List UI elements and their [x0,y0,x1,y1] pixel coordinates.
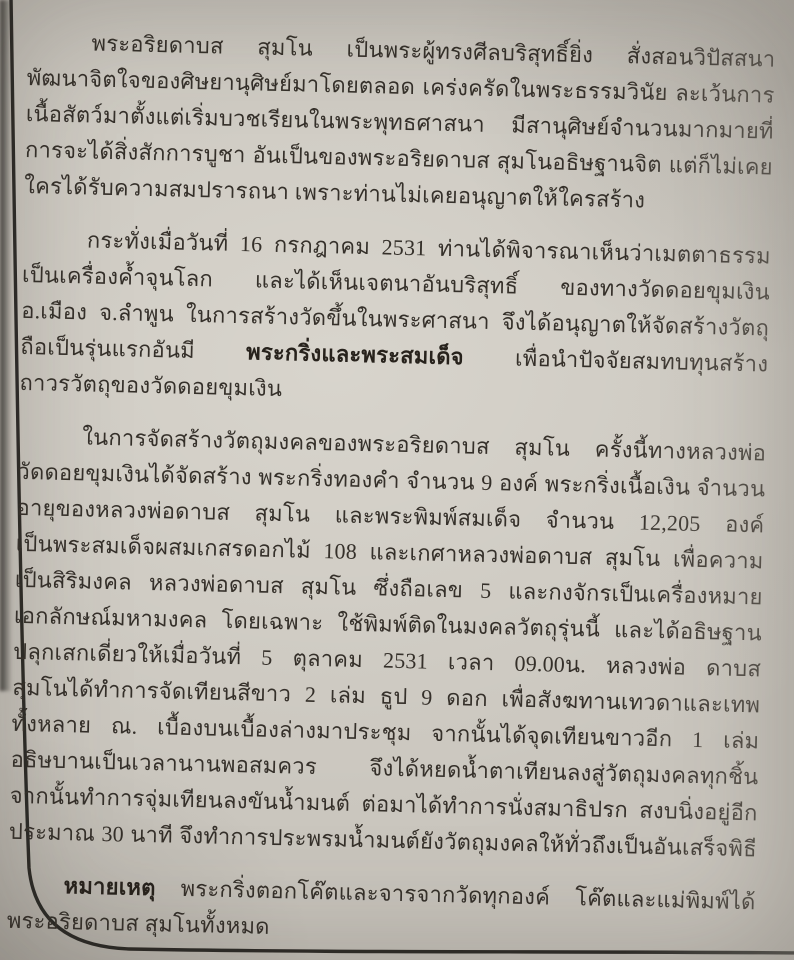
bold-amulet-names: พระกริ่งและพระสมเด็จ [246,339,464,369]
note-label: หมายเหตุ [63,873,156,900]
paragraph-intro: พระอริยดาบส สุมโน เป็นพระผู้ทรงศีลบริสุท… [24,24,776,222]
text-segment: ถือเป็นรุ่นแรกอันมี [20,334,246,364]
paragraph-creation-details: ในการจัดสร้างวัตถุมงคลของพระอริยดาบส สุม… [9,418,767,868]
text-segment: เพื่อนำปัจจัยสมทบทุนสร้าง [464,344,769,376]
document-text: พระอริยดาบส สุมโน เป็นพระผู้ทรงศีลบริสุท… [6,24,775,956]
paragraph-permission: กระทั่งเมื่อวันที่ 16 กรกฎาคม 2531 ท่านไ… [19,221,771,419]
photo-of-printed-document: พระอริยดาบส สุมโน เป็นพระผู้ทรงศีลบริสุท… [0,0,794,960]
